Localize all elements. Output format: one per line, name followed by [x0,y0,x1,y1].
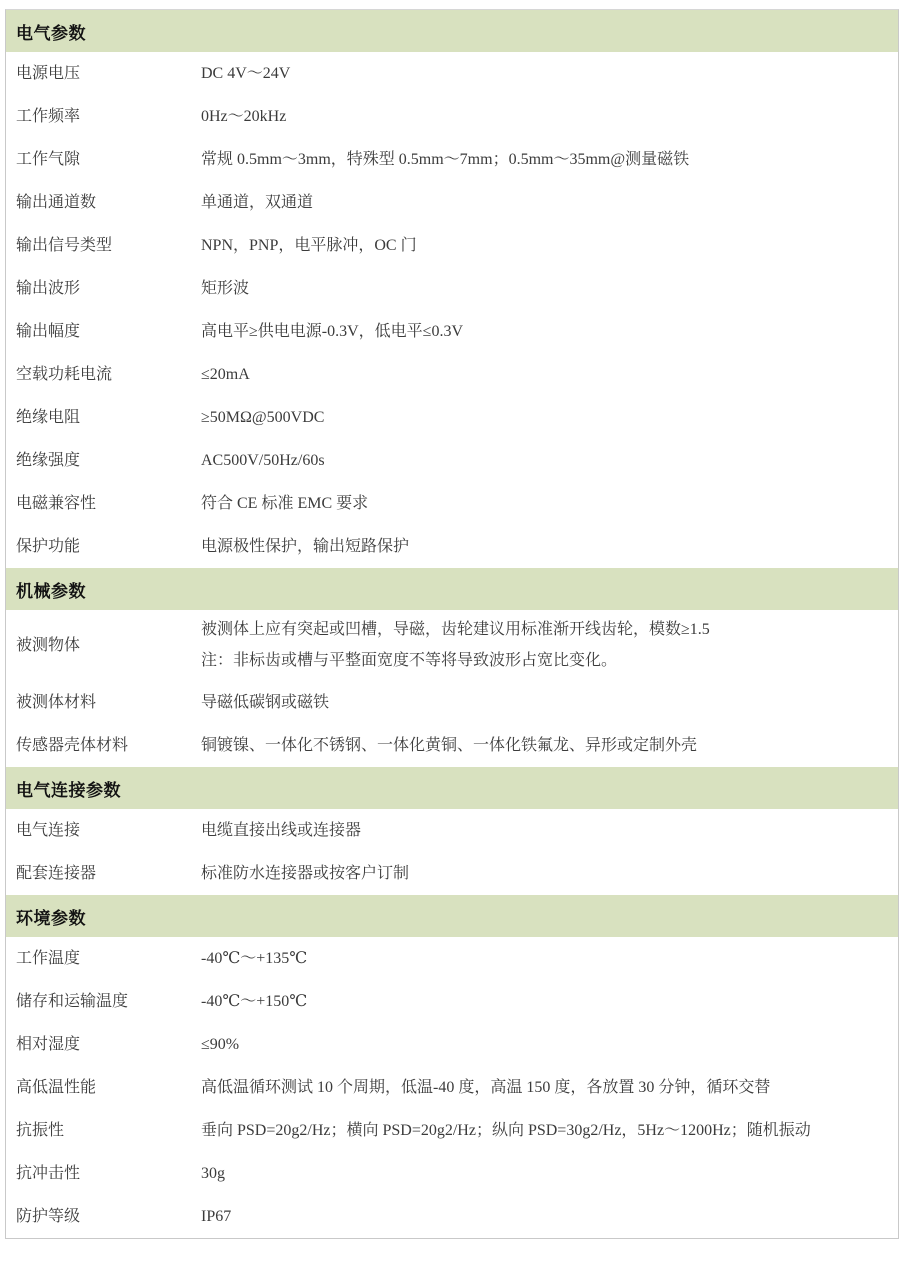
param-value: 单通道，双通道 [201,193,888,213]
section-title: 电气参数 [16,19,86,44]
param-value: 电缆直接出线或连接器 [201,821,888,841]
param-value: 常规 0.5mm～3mm，特殊型 0.5mm～7mm；0.5mm～35mm@测量… [201,150,888,170]
table-row: 电磁兼容性 符合 CE 标准 EMC 要求 [6,482,898,525]
table-row: 传感器壳体材料 铜镀镍、一体化不锈钢、一体化黄铜、一体化铁氟龙、异形或定制外壳 [6,724,898,767]
table-row: 输出信号类型 NPN，PNP，电平脉冲，OC 门 [6,224,898,267]
param-label: 工作频率 [16,107,201,127]
param-value: DC 4V～24V [201,64,888,84]
param-value: IP67 [201,1207,888,1227]
param-label: 相对湿度 [16,1035,201,1055]
param-label: 被测体材料 [16,693,201,713]
param-value: 垂向 PSD=20g2/Hz；横向 PSD=20g2/Hz；纵向 PSD=30g… [201,1121,888,1141]
param-value: ≥50MΩ@500VDC [201,408,888,428]
table-row: 工作频率 0Hz～20kHz [6,95,898,138]
param-label: 输出幅度 [16,322,201,342]
table-row: 被测物体 被测体上应有突起或凹槽，导磁，齿轮建议用标准渐开线齿轮，模数≥1.5 … [6,610,898,681]
section-header-electrical: 电气参数 [6,10,898,52]
param-value: ≤20mA [201,365,888,385]
table-row: 配套连接器 标准防水连接器或按客户订制 [6,852,898,895]
table-row: 输出波形 矩形波 [6,267,898,310]
table-row: 电气连接 电缆直接出线或连接器 [6,809,898,852]
param-label: 电气连接 [16,821,201,841]
param-value: 高电平≥供电电源-0.3V，低电平≤0.3V [201,322,888,342]
param-value: ≤90% [201,1035,888,1055]
param-label: 高低温性能 [16,1078,201,1098]
param-label: 输出通道数 [16,193,201,213]
section-header-mechanical: 机械参数 [6,568,898,610]
param-value: 30g [201,1164,888,1184]
param-value: 矩形波 [201,279,888,299]
table-row: 输出通道数 单通道，双通道 [6,181,898,224]
param-value-line: 被测体上应有突起或凹槽，导磁，齿轮建议用标准渐开线齿轮，模数≥1.5 [201,620,888,640]
param-value: 电源极性保护，输出短路保护 [201,537,888,557]
table-row: 储存和运输温度 -40℃～+150℃ [6,980,898,1023]
param-value: 标准防水连接器或按客户订制 [201,864,888,884]
param-label: 工作气隙 [16,150,201,170]
param-label: 电磁兼容性 [16,494,201,514]
param-value: 高低温循环测试 10 个周期，低温-40 度，高温 150 度，各放置 30 分… [201,1078,888,1098]
param-label: 输出信号类型 [16,236,201,256]
table-row: 被测体材料 导磁低碳钢或磁铁 [6,681,898,724]
table-row: 防护等级 IP67 [6,1195,898,1238]
param-label: 电源电压 [16,64,201,84]
table-row: 电源电压 DC 4V～24V [6,52,898,95]
section-header-environment: 环境参数 [6,895,898,937]
table-row: 绝缘电阻 ≥50MΩ@500VDC [6,396,898,439]
param-value: 铜镀镍、一体化不锈钢、一体化黄铜、一体化铁氟龙、异形或定制外壳 [201,736,888,756]
table-row: 绝缘强度 AC500V/50Hz/60s [6,439,898,482]
spec-table: 电气参数 电源电压 DC 4V～24V 工作频率 0Hz～20kHz 工作气隙 … [5,9,899,1239]
table-row: 高低温性能 高低温循环测试 10 个周期，低温-40 度，高温 150 度，各放… [6,1066,898,1109]
param-label: 抗冲击性 [16,1164,201,1184]
param-value: 符合 CE 标准 EMC 要求 [201,494,888,514]
param-label: 保护功能 [16,537,201,557]
param-label: 防护等级 [16,1207,201,1227]
section-title: 环境参数 [16,904,86,929]
table-row: 输出幅度 高电平≥供电电源-0.3V，低电平≤0.3V [6,310,898,353]
param-value: 被测体上应有突起或凹槽，导磁，齿轮建议用标准渐开线齿轮，模数≥1.5 注：非标齿… [201,620,888,671]
param-value: -40℃～+135℃ [201,949,888,969]
param-value: -40℃～+150℃ [201,992,888,1012]
param-label: 空载功耗电流 [16,365,201,385]
param-value: NPN，PNP，电平脉冲，OC 门 [201,236,888,256]
section-header-connection: 电气连接参数 [6,767,898,809]
param-label: 绝缘强度 [16,451,201,471]
param-value: 导磁低碳钢或磁铁 [201,693,888,713]
param-label: 输出波形 [16,279,201,299]
table-row: 相对湿度 ≤90% [6,1023,898,1066]
param-value: 0Hz～20kHz [201,107,888,127]
table-row: 抗冲击性 30g [6,1152,898,1195]
param-value-note: 注：非标齿或槽与平整面宽度不等将导致波形占宽比变化。 [201,651,888,671]
param-value: AC500V/50Hz/60s [201,451,888,471]
param-label: 被测物体 [16,636,201,656]
table-row: 工作气隙 常规 0.5mm～3mm，特殊型 0.5mm～7mm；0.5mm～35… [6,138,898,181]
table-row: 工作温度 -40℃～+135℃ [6,937,898,980]
param-label: 抗振性 [16,1121,201,1141]
param-label: 工作温度 [16,949,201,969]
param-label: 储存和运输温度 [16,992,201,1012]
table-row: 空载功耗电流 ≤20mA [6,353,898,396]
table-row: 抗振性 垂向 PSD=20g2/Hz；横向 PSD=20g2/Hz；纵向 PSD… [6,1109,898,1152]
param-label: 配套连接器 [16,864,201,884]
param-label: 绝缘电阻 [16,408,201,428]
param-label: 传感器壳体材料 [16,736,201,756]
section-title: 机械参数 [16,577,86,602]
table-row: 保护功能 电源极性保护，输出短路保护 [6,525,898,568]
section-title: 电气连接参数 [16,776,121,801]
